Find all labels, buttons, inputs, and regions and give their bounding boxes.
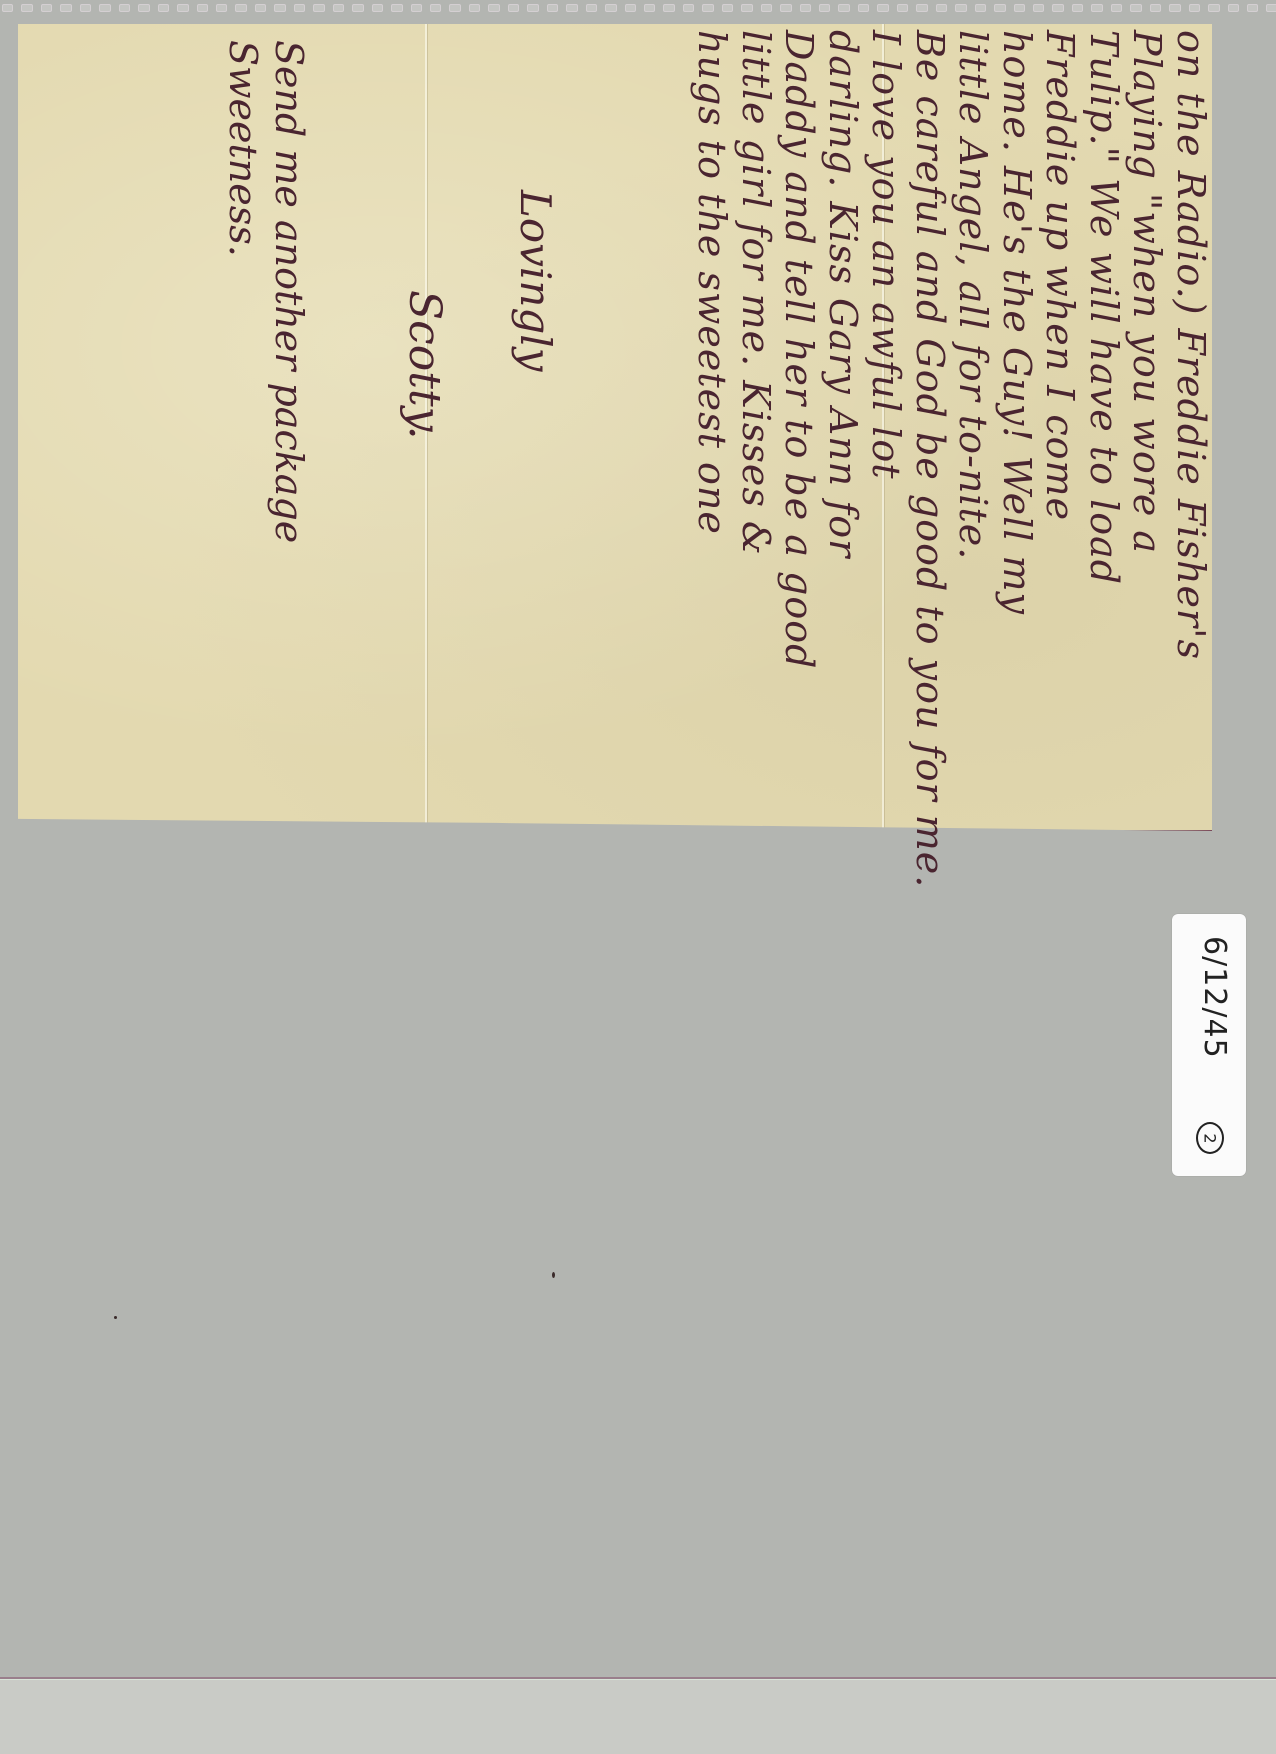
label-date: 6/12/45	[1197, 936, 1232, 1059]
letter-line: Freddie up when I come	[1038, 30, 1082, 810]
letter-line: Tulip." We will have to load	[1082, 30, 1126, 810]
sleeve-speck	[552, 1272, 555, 1278]
sleeve-speck	[114, 1316, 117, 1319]
sleeve-perforations	[0, 4, 1276, 14]
letter-line: little Angel, all for to-nite.	[951, 30, 995, 810]
letter-line: Playing "when you wore a	[1125, 30, 1169, 810]
letter-signature: Scotty.	[399, 290, 450, 440]
letter-body: on the Radio.) Freddie Fisher's Playing …	[690, 30, 1212, 810]
letter-postscript: Send me another package Sweetness.	[220, 40, 312, 543]
letter-line: little girl for me. Kisses &	[734, 30, 778, 810]
letter-line: hugs to the sweetest one	[690, 30, 734, 810]
letter-line: Daddy and tell her to be a good	[777, 30, 821, 810]
label-page-number: 2	[1201, 1133, 1220, 1143]
letter-line: I love you an awful lot	[864, 30, 908, 810]
postscript-line: Sweetness.	[220, 40, 266, 543]
page-number-circle-icon: 2	[1196, 1122, 1224, 1154]
archive-label: 6/12/45 2	[1172, 914, 1246, 1176]
letter-line: Be careful and God be good to you for me…	[908, 30, 952, 810]
postscript-line: Send me another package	[266, 40, 312, 543]
letter-closing: Lovingly	[511, 190, 560, 371]
letter-line: home. He's the Guy! Well my	[995, 30, 1039, 810]
letter-line: darling. Kiss Gary Ann for	[821, 30, 865, 810]
letter-line: on the Radio.) Freddie Fisher's	[1169, 30, 1213, 810]
